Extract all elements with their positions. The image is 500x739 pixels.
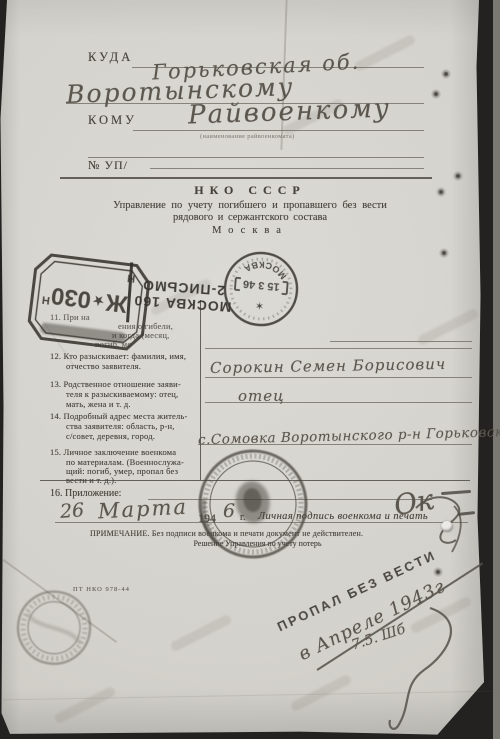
item14-label: с/совет, деревня, город. xyxy=(66,431,155,441)
paper-damage-mark xyxy=(452,170,464,182)
item16-label: 16. Приложение: xyxy=(50,488,121,499)
komu-caption: (наименование райвоенкомата) xyxy=(200,133,295,140)
item13-handwritten-value: отец xyxy=(238,387,285,405)
item14-label: 14. Подробный адрес места житель- xyxy=(50,411,188,421)
large-signature-flourish xyxy=(378,600,493,735)
dept-line2: рядового и сержантского состава xyxy=(0,212,500,223)
paper-damage-mark xyxy=(438,247,450,259)
item15-label: 15. Личное заключение военкома xyxy=(50,447,176,457)
kuda-label: КУДА xyxy=(88,50,133,65)
dept-line1: Управление по учету погибшего и пропавше… xyxy=(0,200,500,211)
item12-label: отчество заявителя. xyxy=(66,361,141,371)
city-label: Москва xyxy=(0,225,500,236)
item12-label: 12. Кто разыскивает: фамилия, имя, xyxy=(50,351,186,361)
date-day-handwritten: 26 xyxy=(59,499,85,523)
paper-damage-mark xyxy=(430,88,442,100)
postmark-date: 15 3 46 xyxy=(243,277,281,292)
scan-background: КУДА Горьковская об. Воротынскому КОМУ Р… xyxy=(0,0,500,739)
octagon-letter: Н xyxy=(41,293,50,306)
item13-label: 13. Родственное отношение заяви- xyxy=(50,379,181,389)
document-number-label: № УП/ xyxy=(88,158,128,173)
date-month-handwritten: Марта xyxy=(97,495,188,524)
military-commissariat-seal xyxy=(190,441,316,567)
faded-round-postmark xyxy=(9,583,103,674)
org-header: НКО СССР xyxy=(0,183,500,198)
paper-hole xyxy=(441,521,453,532)
item13-label: теля к разыскиваемому: отец, xyxy=(66,389,178,399)
paper-damage-mark xyxy=(440,68,452,80)
scanner-edge-strip xyxy=(493,0,500,739)
komu-label: КОМУ xyxy=(88,113,137,128)
postmark-star-icon: ✶ xyxy=(254,299,264,312)
paper-damage-mark xyxy=(435,186,447,198)
octagon-stamp-value: Ж⋆030 xyxy=(50,281,130,317)
item15-label: вести и т. д.). xyxy=(66,475,117,485)
item14-label: ства заявителя: область, р-н, xyxy=(66,421,175,431)
paper-damage-mark xyxy=(432,566,444,578)
item13-label: мать, жена и т. д. xyxy=(66,399,131,409)
round-postmark-stamp: 15 3 46 ✶ МОСКВА xyxy=(219,247,304,332)
